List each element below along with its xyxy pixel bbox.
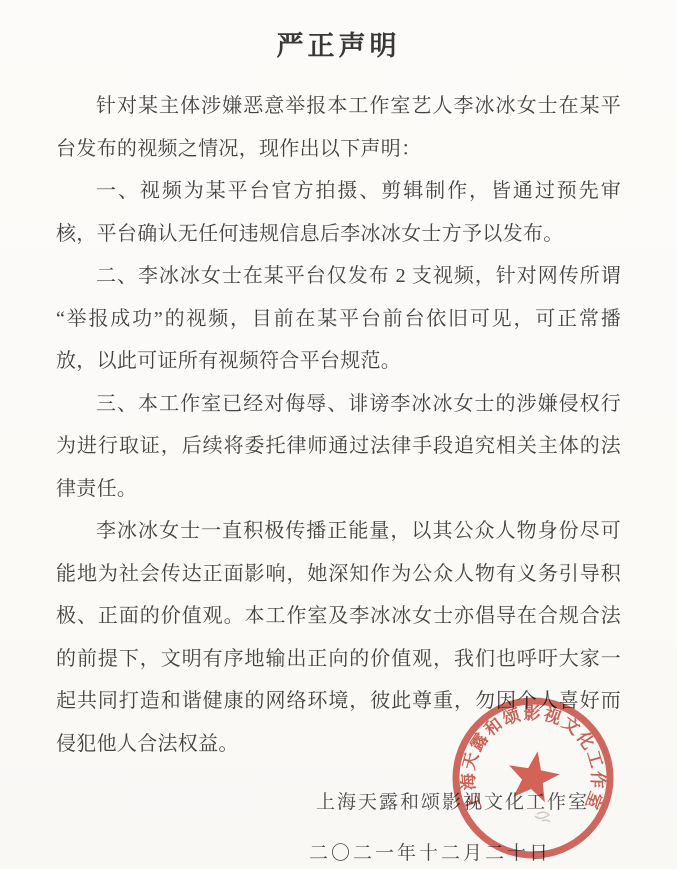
studio-signature: 上海天露和颂影视文化工作室 (56, 788, 621, 818)
statement-document: 严正声明 针对某主体涉嫌恶意举报本工作室艺人李冰冰女士在某平台发布的视频之情况，… (0, 0, 677, 869)
document-content: 严正声明 针对某主体涉嫌恶意举报本工作室艺人李冰冰女士在某平台发布的视频之情况，… (0, 0, 677, 869)
document-title: 严正声明 (56, 24, 621, 63)
statement-date: 二〇二一年十二月二十日 (56, 839, 621, 869)
paragraph-item-1: 一、视频为某平台官方拍摄、剪辑制作，皆通过预先审核，平台确认无任何违规信息后李冰… (56, 170, 621, 255)
paragraph-item-3: 三、本工作室已经对侮辱、诽谤李冰冰女士的涉嫌侵权行为进行取证，后续将委托律师通过… (56, 383, 621, 511)
paragraph-intro: 针对某主体涉嫌恶意举报本工作室艺人李冰冰女士在某平台发布的视频之情况，现作出以下… (56, 85, 621, 170)
signature-block: 上海天露和颂影视文化工作室 二〇二一年十二月二十日 (56, 788, 621, 869)
paragraph-item-2: 二、李冰冰女士在某平台仅发布 2 支视频，针对网传所谓“举报成功”的视频，目前在… (56, 255, 621, 383)
paragraph-closing: 李冰冰女士一直积极传播正能量，以其公众人物身份尽可能地为社会传达正面影响，她深知… (56, 510, 621, 765)
